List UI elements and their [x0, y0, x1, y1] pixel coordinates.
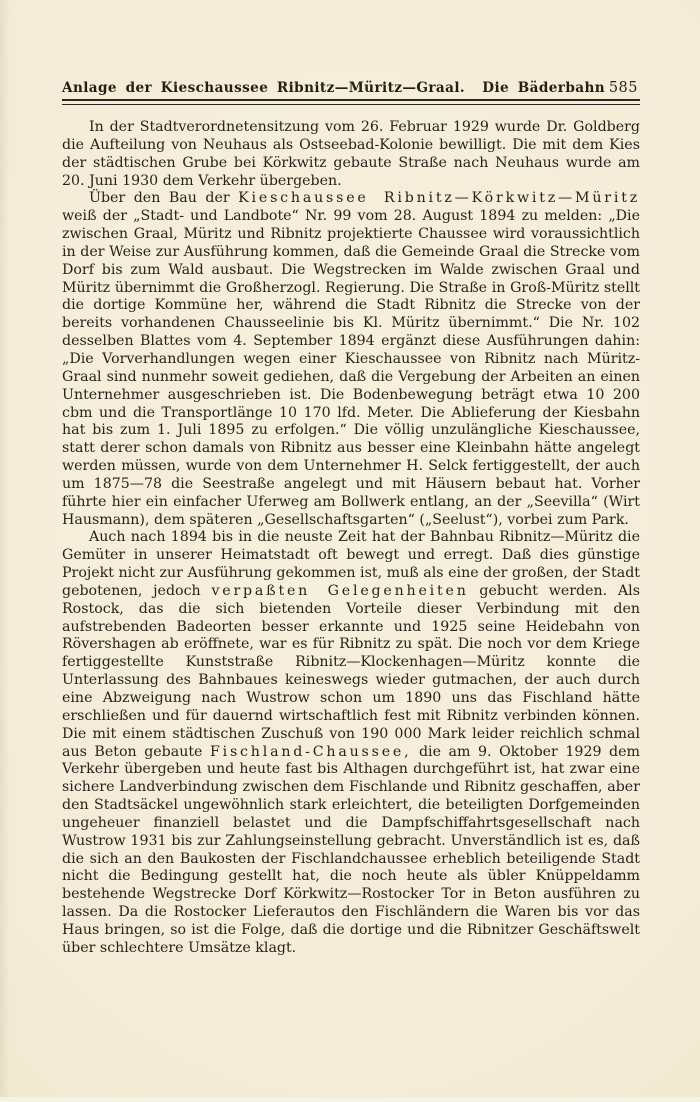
- text-block: In der Stadtverordnetensitzung vom 26. F…: [62, 119, 640, 958]
- running-header: Anlage der Kieschaussee Ribnitz—Müritz—G…: [62, 80, 640, 96]
- text-segment: Über den Bau der: [89, 190, 238, 206]
- letterspaced-emphasis-text: verpaßten Gelegenheiten: [211, 583, 468, 599]
- running-header-title: Anlage der Kieschaussee Ribnitz—Müritz—G…: [62, 80, 605, 96]
- scan-edge-bottom: [0, 1097, 700, 1102]
- page-number: 585: [609, 80, 640, 96]
- paragraph: Über den Bau der Kieschaussee Ribnitz—Kö…: [62, 190, 640, 529]
- scan-shadow-left-edge: [0, 0, 10, 1102]
- header-double-rule: [62, 99, 640, 105]
- paragraph: Auch nach 1894 bis in die neuste Zeit ha…: [62, 529, 640, 957]
- text-segment: die am 9. Oktober 1929 dem Verkehr überg…: [62, 744, 640, 956]
- text-segment: weiß der „Stadt- und Landbote“ Nr. 99 vo…: [62, 208, 640, 527]
- letterspaced-emphasis-text: Fischland-Chaussee,: [210, 744, 411, 760]
- paragraph: In der Stadtverordnetensitzung vom 26. F…: [62, 119, 640, 190]
- book-page: Anlage der Kieschaussee Ribnitz—Müritz—G…: [0, 0, 700, 1102]
- text-segment: gebucht werden. Als Rostock, das die sic…: [62, 583, 640, 760]
- letterspaced-emphasis-text: Kieschaussee Ribnitz—Körkwitz—Müritz: [238, 190, 640, 206]
- text-segment: In der Stadtverordnetensitzung vom 26. F…: [62, 119, 640, 189]
